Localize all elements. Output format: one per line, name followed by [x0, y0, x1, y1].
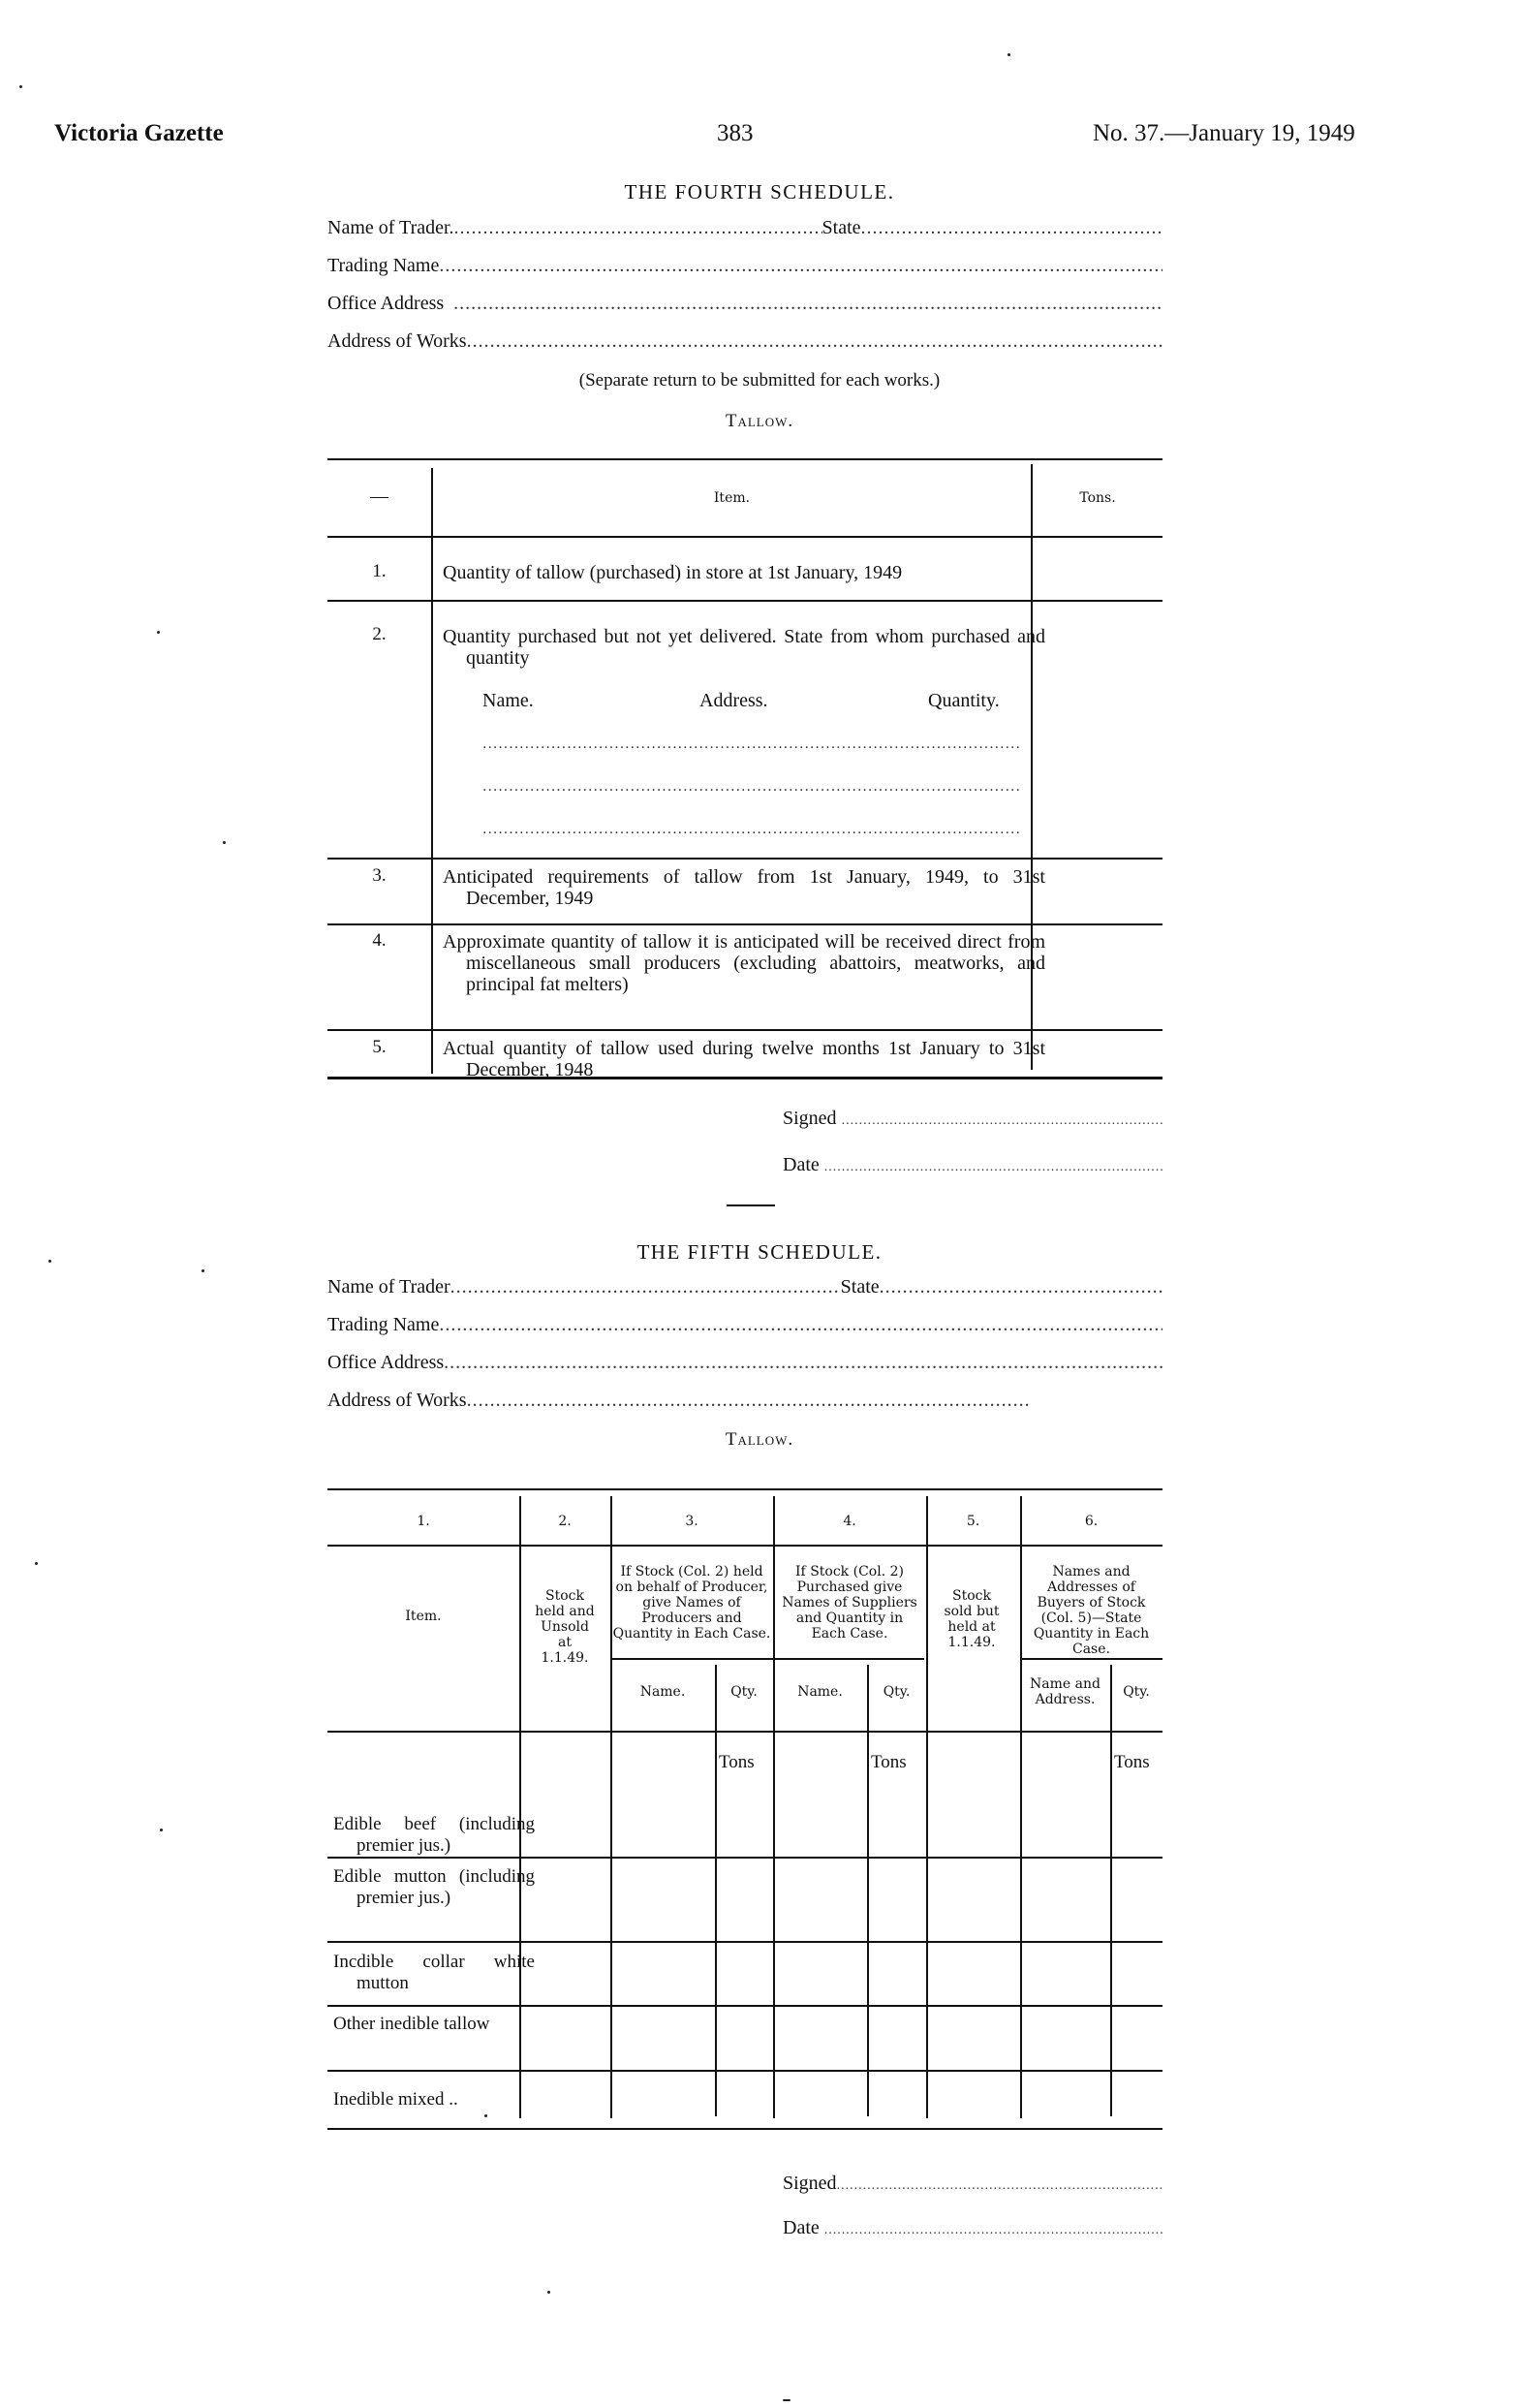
subheader-c4-name: Name.: [773, 1684, 867, 1700]
signed-label: Signed: [783, 2173, 837, 2194]
field-label: Name of Trader: [327, 1276, 450, 1298]
column-number-6: 6.: [1020, 1514, 1162, 1529]
row-rule: [327, 1857, 1162, 1859]
table-top-rule: [327, 1488, 1162, 1490]
fifth-schedule-title: THE FIFTH SCHEDULE.: [0, 1240, 1519, 1265]
table-bottom-rule: [327, 1077, 1162, 1079]
fifth-tallow-subtitle: Tallow.: [0, 1429, 1519, 1451]
row-input-area[interactable]: [521, 2073, 1161, 2117]
purchase-entry-line-3[interactable]: ........................................…: [482, 822, 1020, 837]
scan-speck: [201, 1269, 204, 1272]
dot-leader: ........................................…: [837, 2178, 1162, 2193]
dot-leader: ........................................…: [842, 1113, 1162, 1128]
date-label: Date: [783, 2217, 820, 2238]
fourth-address-of-works-field[interactable]: Address of Works........................…: [327, 330, 1162, 353]
scan-speck: [783, 2399, 790, 2401]
dot-leader: ........................................…: [861, 217, 1162, 238]
fourth-office-address-field[interactable]: Office Address .........................…: [327, 293, 1162, 315]
dot-leader: ........................................…: [454, 217, 822, 239]
subheader-rule: [775, 1658, 924, 1660]
scan-speck: [223, 841, 226, 844]
subheader-c6-qty: Qty.: [1110, 1684, 1162, 1700]
row-rule: [327, 2005, 1162, 2007]
subheader-c3-qty: Qty.: [715, 1684, 773, 1700]
scan-speck: [48, 1260, 51, 1263]
row-rule: [327, 2070, 1162, 2072]
fifth-name-of-trader-field[interactable]: Name of Trader..........................…: [327, 1276, 1162, 1298]
table-bottom-rule: [327, 2128, 1162, 2130]
row-number: 4.: [327, 930, 431, 952]
header-purchased-suppliers: If Stock (Col. 2) Purchased give Names o…: [779, 1564, 920, 1642]
column-number-5: 5.: [926, 1514, 1020, 1529]
row-item: Edible mutton (including premier jus.): [333, 1866, 535, 1909]
header-held-on-behalf: If Stock (Col. 2) held on behalf of Prod…: [612, 1564, 771, 1642]
header-bottom-rule: [327, 1731, 1162, 1733]
fourth-tallow-subtitle: Tallow.: [0, 411, 1519, 432]
header-stock-held-unsold: Stock held and Unsold at 1.1.49.: [533, 1588, 597, 1666]
tons-input-cell[interactable]: [1033, 860, 1162, 922]
field-label: Address of Works: [327, 330, 467, 352]
subheader-rule: [1022, 1658, 1162, 1660]
tons-input-cell[interactable]: [1033, 926, 1162, 1027]
column-number-2: 2.: [519, 1514, 610, 1529]
dot-leader: ........................................…: [467, 1390, 1029, 1412]
dot-leader: ........................................…: [439, 1314, 1162, 1335]
dot-leader: ........................................…: [880, 1276, 1162, 1298]
subheader-c6-name-address: Name and Address.: [1020, 1676, 1110, 1707]
dot-leader: ........................................…: [467, 330, 1162, 352]
table-top-rule: [327, 458, 1162, 460]
row-number: 2.: [327, 624, 431, 645]
header-item: Item.: [327, 1609, 519, 1624]
row-input-area[interactable]: [521, 1944, 1161, 2004]
row-input-area[interactable]: [521, 1734, 1161, 1854]
field-label: Trading Name: [327, 1314, 439, 1335]
fifth-office-address-field[interactable]: Office Address..........................…: [327, 1352, 1162, 1374]
header-item: Item.: [433, 490, 1031, 506]
field-label: Name of Trader.: [327, 217, 454, 238]
scan-speck: [1007, 53, 1010, 56]
tons-input-cell[interactable]: [1033, 1032, 1162, 1071]
row-rule: [327, 923, 1162, 925]
header-rule: [327, 536, 1162, 538]
column-number-4: 4.: [773, 1514, 926, 1529]
purchase-entry-line-2[interactable]: ........................................…: [482, 779, 1020, 795]
dot-leader: ........................................…: [824, 1160, 1162, 1174]
dot-leader: ........................................…: [450, 1276, 841, 1298]
row-rule: [327, 1029, 1162, 1031]
fourth-trading-name-field[interactable]: Trading Name............................…: [327, 255, 1162, 277]
dot-leader: ........................................…: [444, 1352, 1162, 1373]
section-separator: [727, 1204, 775, 1206]
subheader-quantity: Quantity.: [928, 690, 1000, 711]
header-tons: Tons.: [1033, 490, 1162, 506]
fifth-trading-name-field[interactable]: Trading Name............................…: [327, 1314, 1162, 1336]
row-item: Quantity of tallow (purchased) in store …: [443, 562, 1022, 583]
scan-speck: [19, 85, 22, 88]
row-item: Incdible collar white mutton: [333, 1952, 535, 1994]
subheader-address: Address.: [699, 690, 768, 711]
dot-leader: ........................................…: [439, 255, 1162, 276]
row-number: 5.: [327, 1037, 431, 1058]
tons-input-cell[interactable]: [1033, 539, 1162, 597]
header-dash: —: [327, 486, 431, 508]
row-item: Approximate quantity of tallow it is ant…: [443, 931, 1045, 995]
subheader-c3-name: Name.: [610, 1684, 715, 1700]
scan-speck: [484, 2114, 487, 2117]
row-input-area[interactable]: [521, 1860, 1161, 1939]
fifth-table-canvas: 1. 2. 3. 4. 5. 6. Item. Stock held and U…: [327, 1488, 1162, 2128]
header-stock-sold-held: Stock sold but held at 1.1.49.: [940, 1588, 1004, 1650]
column-divider: [431, 468, 433, 1074]
subheader-c4-qty: Qty.: [867, 1684, 926, 1700]
fifth-address-of-works-field[interactable]: Address of Works........................…: [327, 1390, 1162, 1412]
date-label: Date: [783, 1154, 820, 1175]
column-number-rule: [327, 1545, 1162, 1547]
dot-leader: ........................................…: [824, 2223, 1162, 2237]
state-label: State: [822, 217, 861, 238]
separate-return-note: (Separate return to be submitted for eac…: [0, 370, 1519, 391]
row-item: Anticipated requirements of tallow from …: [443, 866, 1045, 909]
row-number: 3.: [327, 865, 431, 887]
row-rule: [327, 1941, 1162, 1943]
state-label: State: [841, 1276, 880, 1298]
row-rule: [327, 600, 1162, 602]
purchase-entry-line-1[interactable]: ........................................…: [482, 736, 1020, 752]
scan-speck: [160, 1829, 163, 1831]
scan-speck: [157, 631, 160, 634]
fifth-signed-field[interactable]: Signed..................................…: [783, 2173, 1162, 2195]
tons-input-cell[interactable]: [1033, 603, 1162, 855]
field-label: Office Address: [327, 1352, 444, 1373]
row-item: Other inedible tallow: [333, 2014, 535, 2035]
scan-speck: [35, 1562, 38, 1565]
field-label: Address of Works: [327, 1390, 467, 1411]
row-item: Edible beef (including premier jus.): [333, 1814, 535, 1857]
publication-title: Victoria Gazette: [54, 120, 224, 147]
row-rule: [327, 858, 1162, 860]
page-number: 383: [717, 120, 754, 147]
fourth-signed-field[interactable]: Signed .................................…: [783, 1108, 1162, 1130]
fourth-schedule-title: THE FOURTH SCHEDULE.: [0, 180, 1519, 204]
dot-leader: ........................................…: [453, 293, 1162, 314]
subheader-rule: [612, 1658, 773, 1660]
issue-date: No. 37.—January 19, 1949: [1093, 120, 1355, 147]
fourth-date-field[interactable]: Date ...................................…: [783, 1154, 1162, 1176]
row-item: Inedible mixed ..: [333, 2089, 517, 2111]
column-number-1: 1.: [327, 1514, 519, 1529]
row-item: Quantity purchased but not yet delivered…: [443, 626, 1045, 669]
field-label: Office Address: [327, 293, 444, 314]
row-number: 1.: [327, 561, 431, 582]
row-input-area[interactable]: [521, 2008, 1161, 2068]
column-number-3: 3.: [610, 1514, 773, 1529]
fourth-name-of-trader-field[interactable]: Name of Trader..........................…: [327, 217, 1162, 239]
row-item: Actual quantity of tallow used during tw…: [443, 1038, 1045, 1080]
header-buyers: Names and Addresses of Buyers of Stock (…: [1022, 1564, 1161, 1657]
signed-label: Signed: [783, 1108, 837, 1129]
fifth-date-field[interactable]: Date ...................................…: [783, 2217, 1162, 2239]
scan-speck: [547, 2291, 550, 2294]
subheader-name: Name.: [482, 690, 534, 711]
field-label: Trading Name: [327, 255, 439, 276]
